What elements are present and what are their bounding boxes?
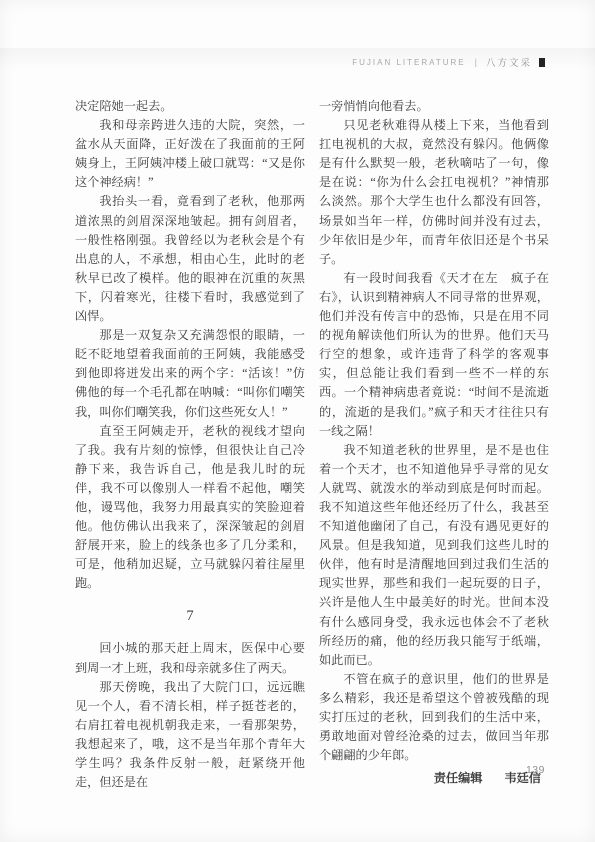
paragraph: 回小城的那天赶上周末，医保中心要到周一才上班，我和母亲就多住了两天。	[75, 639, 305, 677]
header-separator: |	[475, 57, 477, 67]
paragraph: 只见老秋难得从楼上下来，当他看到扛电视机的大叔，竟然没有躲闪。他俩像是有什么默契…	[319, 116, 549, 269]
paragraph-continuation: 决定陪她一起去。	[75, 97, 305, 116]
paragraph-continuation: 一旁悄悄向他看去。	[319, 97, 549, 116]
paragraph: 不管在疯子的意识里，他们的世界是多么精彩，我还是希望这个曾被残酷的现实打压过的老…	[319, 670, 549, 765]
magazine-page: FUJIAN LITERATURE | 八方文采 决定陪她一起去。 我和母亲跨进…	[0, 0, 595, 842]
editor-label: 责任编辑	[434, 771, 483, 785]
left-column: 决定陪她一起去。 我和母亲跨进久违的大院，突然，一盆水从天面降，正好泼在了我面前…	[75, 97, 305, 792]
right-column: 一旁悄悄向他看去。 只见老秋难得从楼上下来，当他看到扛电视机的大叔，竟然没有躲闪…	[319, 97, 549, 792]
paragraph: 直至王阿姨走开，老秋的视线才望向了我。我有片刻的惊悸，但很快让自己冷静下来，我告…	[75, 422, 305, 594]
paragraph: 那天傍晚，我出了大院门口，远远瞧见一个人，看不清长相，样子挺苍老的，右肩扛着电视…	[75, 678, 305, 793]
article-body: 决定陪她一起去。 我和母亲跨进久违的大院，突然，一盆水从天面降，正好泼在了我面前…	[75, 97, 549, 792]
section-number-heading: 7	[75, 608, 305, 625]
journal-name-chinese: 八方文采	[486, 55, 532, 69]
paragraph: 我不知道老秋的世界里，是不是也住着一个天才，也不知道他异乎寻常的见女人就骂、就泼…	[319, 441, 549, 670]
page-header: FUJIAN LITERATURE | 八方文采	[352, 55, 545, 69]
paragraph: 有一段时间我看《天才在左 疯子在右》，认识到精神病人不同寻常的世界观，他们并没有…	[319, 269, 549, 441]
editor-credit-line: 责任编辑韦廷信	[319, 769, 549, 788]
page-number: 139	[526, 764, 545, 776]
paragraph: 我抬头一看，竟看到了老秋，他那两道浓黑的剑眉深深地皱起。拥有剑眉者，一般性格刚强…	[75, 192, 305, 326]
paragraph: 那是一双复杂又充满怨恨的眼睛，一眨不眨地望着我面前的王阿姨，我能感受到他即将迸发…	[75, 326, 305, 421]
paragraph: 我和母亲跨进久违的大院，突然，一盆水从天面降，正好泼在了我面前的王阿姨身上，王阿…	[75, 116, 305, 192]
journal-name-english: FUJIAN LITERATURE	[352, 58, 465, 67]
header-square-mark-icon	[539, 58, 545, 67]
